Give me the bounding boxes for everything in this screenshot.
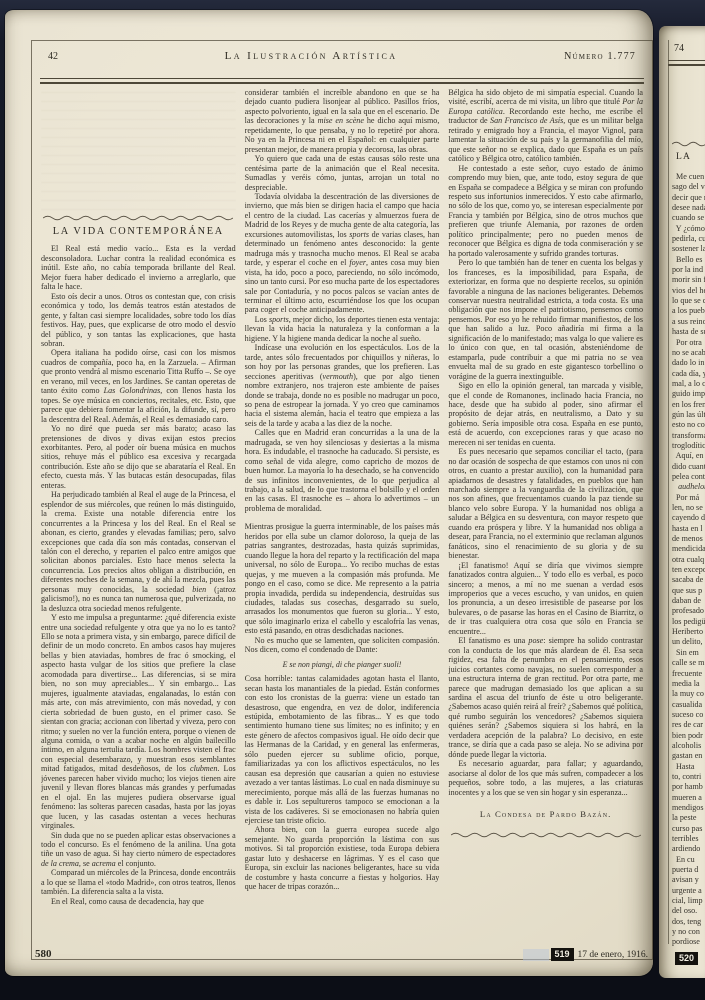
column-1: LA VIDA CONTEMPORÁNEA El Real está medio… — [41, 88, 236, 954]
paragraph: ¡El fanatismo! Aquí se diría que vivimos… — [448, 561, 643, 637]
text-fragment: que sus p — [672, 586, 705, 596]
text-fragment: mendicida — [672, 544, 705, 554]
text-fragment: frecuente — [672, 669, 705, 679]
paragraph: Ahora bien, con la guerra europea sucede… — [245, 825, 440, 891]
text-fragment: hasta en l — [672, 524, 705, 534]
scanned-spread: 42 La Ilustración Artística Número 1.777… — [0, 0, 705, 1000]
text-fragment: En cu — [672, 855, 705, 865]
column-3: Bélgica ha sido objeto de mi simpatía es… — [448, 88, 643, 954]
text-fragment: a los pueb — [672, 306, 705, 316]
text-fragment: mal, a lo c — [672, 379, 705, 389]
text-fragment: len, no se — [672, 503, 705, 513]
paragraph: Es pues necesario que sepamos conciliar … — [448, 447, 643, 560]
paragraph: Mientras prosigue la guerra interminable… — [245, 522, 440, 635]
text-fragment: ardiendo — [672, 844, 705, 854]
text-fragment: gastan en — [672, 751, 705, 761]
next-page-folio: 74 — [674, 43, 684, 54]
text-fragment: suceso co — [672, 710, 705, 720]
text-fragment: ten excepc — [672, 565, 705, 575]
text-fragment: terribles — [672, 834, 705, 844]
text-fragment: la muy co — [672, 689, 705, 699]
footer-right-group: 519 17 de enero, 1916. — [523, 948, 648, 961]
text-fragment: res de car — [672, 720, 705, 730]
text-fragment: puerta d — [672, 865, 705, 875]
text-fragment: to, contri — [672, 772, 705, 782]
text-fragment: a sus reino — [672, 317, 705, 327]
text-columns: LA VIDA CONTEMPORÁNEA El Real está medio… — [41, 88, 643, 954]
text-fragment: hasta de su — [672, 327, 705, 337]
text-fragment: dido cuant — [672, 462, 705, 472]
paragraph: considerar también el increíble abandono… — [245, 88, 440, 154]
text-fragment: la peste — [672, 813, 705, 823]
scan-highlight — [523, 949, 549, 961]
column-2-body-a: considerar también el increíble abandono… — [245, 88, 440, 513]
folio-bottom-left: 580 — [35, 948, 52, 960]
text-fragment: en los fren — [672, 400, 705, 410]
text-fragment: vios del he — [672, 286, 705, 296]
text-fragment: troglodític — [672, 441, 705, 451]
text-fragment: bien podr — [672, 731, 705, 741]
text-fragment: pordiose — [672, 937, 705, 947]
paragraph: Los sports, mejor dicho, los deportes ti… — [245, 315, 440, 343]
paragraph: Sin duda que no se pueden aplicar estas … — [41, 831, 236, 869]
next-page-wavy-rule — [672, 141, 705, 147]
text-fragment: guido impe — [672, 389, 705, 399]
text-fragment: cayendo d — [672, 513, 705, 523]
paragraph: Calles que en Madrid eran concurridas a … — [245, 428, 440, 513]
paragraph: Y esto me impulsa a preguntarme: ¿qué di… — [41, 613, 236, 830]
text-fragment: lo que se q — [672, 296, 705, 306]
text-fragment: Aquí, en — [672, 451, 705, 461]
paragraph: Yo no diré que pueda ser más barato; aca… — [41, 424, 236, 490]
next-archive-page-badge: 520 — [675, 952, 698, 965]
text-fragment: Bello es — [672, 255, 705, 265]
article-end-rule — [451, 832, 641, 838]
paragraph: Pero lo que también han de tener en cuen… — [448, 258, 643, 381]
next-page-text-fragments: Me cuensago del vdecir que ndesee nadacu… — [672, 172, 705, 948]
paragraph: Es necesario aguardar, para fallar; y ag… — [448, 759, 643, 797]
paragraph: Sigo en ello la opinión general, tan mar… — [448, 381, 643, 447]
text-fragment: desee nada — [672, 203, 705, 213]
text-fragment: y no con — [672, 927, 705, 937]
text-fragment: casualida — [672, 700, 705, 710]
issue-number: Número 1.777 — [564, 51, 636, 62]
page-frame: 42 La Ilustración Artística Número 1.777… — [31, 40, 653, 960]
text-fragment: transforma — [672, 431, 705, 441]
paragraph: Opera italiana ha podido oírse, casi con… — [41, 348, 236, 424]
text-fragment: otra cualq — [672, 555, 705, 565]
column-2: considerar también el increíble abandono… — [245, 88, 440, 954]
text-fragment: del oso. — [672, 906, 705, 916]
text-fragment: cada día, y — [672, 369, 705, 379]
text-fragment: sacaba de — [672, 575, 705, 585]
folio-top-left: 42 — [48, 51, 58, 62]
text-fragment: calle se m — [672, 658, 705, 668]
text-fragment: cial, limp — [672, 896, 705, 906]
text-fragment: Sin em — [672, 648, 705, 658]
archive-page-badge: 519 — [551, 948, 574, 961]
text-fragment: alcoholis — [672, 741, 705, 751]
text-fragment: daban de — [672, 596, 705, 606]
paragraph: El fanatismo es una pose: siempre ha sol… — [448, 636, 643, 759]
wavy-rule — [43, 215, 233, 221]
text-fragment: no se acab — [672, 348, 705, 358]
text-fragment: por la ind — [672, 265, 705, 275]
next-page-double-rule — [668, 60, 705, 66]
header-double-rule — [40, 78, 644, 84]
text-fragment: Por má — [672, 493, 705, 503]
paragraph: No es mucho que se lamenten, que solicit… — [245, 636, 440, 655]
text-fragment: de menos — [672, 534, 705, 544]
text-fragment: cuando se — [672, 213, 705, 223]
text-fragment: por hamb — [672, 782, 705, 792]
text-fragment: esto no co — [672, 420, 705, 430]
text-fragment: sago del v — [672, 182, 705, 192]
masthead-title: La Ilustración Artística — [225, 50, 398, 62]
author-signature: La Condesa de Pardo Bazán. — [452, 810, 639, 819]
magazine-page: 42 La Ilustración Artística Número 1.777… — [5, 10, 653, 976]
text-fragment: Heriberto — [672, 627, 705, 637]
text-fragment: profesado — [672, 606, 705, 616]
text-fragment: los pedigü — [672, 617, 705, 627]
text-fragment: Hasta — [672, 762, 705, 772]
column-3-body: Bélgica ha sido objeto de mi simpatía es… — [448, 88, 643, 797]
next-page-frame-line — [668, 40, 669, 944]
article-title: LA VIDA CONTEMPORÁNEA — [41, 227, 236, 236]
text-fragment: pelea cont — [672, 472, 705, 482]
paragraph: Comparad un miércoles de la Princesa, do… — [41, 868, 236, 896]
text-fragment: avisan y — [672, 875, 705, 885]
dante-verse: E se non piangi, di che pianger suoli! — [245, 660, 440, 669]
paragraph: Cosa horrible: tantas calamidades agotan… — [245, 674, 440, 825]
paragraph: Todavía olvidaba la descentración de las… — [245, 192, 440, 315]
paragraph: He contestado a este señor, cuyo estado … — [448, 164, 643, 259]
text-fragment: Me cuen — [672, 172, 705, 182]
text-fragment: mendigos — [672, 803, 705, 813]
text-fragment: sostener la — [672, 244, 705, 254]
text-fragment: dado lo in — [672, 358, 705, 368]
next-article-title-fragment: LA — [676, 152, 691, 162]
paragraph: Esto oís decir a unos. Otros os contesta… — [41, 292, 236, 349]
text-fragment: morir sin f — [672, 275, 705, 285]
column-1-body: El Real está medio vacío... Esta es la v… — [41, 244, 236, 906]
text-fragment: decir que n — [672, 193, 705, 203]
text-fragment: media la — [672, 679, 705, 689]
paragraph: Yo quiero que cada una de estas causas s… — [245, 154, 440, 192]
text-fragment: pedirla, cu — [672, 234, 705, 244]
paragraph: El Real está medio vacío... Esta es la v… — [41, 244, 236, 291]
text-fragment: Por otra — [672, 338, 705, 348]
footer-date: 17 de enero, 1916. — [578, 950, 648, 960]
ink-showthrough — [41, 88, 236, 210]
paragraph: En el Real, como causa de decadencia, ha… — [41, 897, 236, 906]
text-fragment: dos, teng — [672, 917, 705, 927]
column-2-body-b: Mientras prosigue la guerra interminable… — [245, 522, 440, 654]
text-fragment: gún las últ — [672, 410, 705, 420]
running-head: 42 La Ilustración Artística Número 1.777 — [32, 50, 652, 62]
text-fragment: mueren a — [672, 793, 705, 803]
text-fragment: un delito, — [672, 637, 705, 647]
text-fragment: urgente a — [672, 886, 705, 896]
paragraph: Ha perjudicado también al Real el auge d… — [41, 490, 236, 613]
column-2-body-c: Cosa horrible: tantas calamidades agotan… — [245, 674, 440, 891]
next-page-sliver: 74 LA Me cuensago del vdecir que ndesee … — [659, 26, 705, 978]
text-fragment: Y ¿cómo — [672, 224, 705, 234]
paragraph: Indícase una evolución en los espectácul… — [245, 343, 440, 428]
paragraph: Bélgica ha sido objeto de mi simpatía es… — [448, 88, 643, 164]
text-fragment: audhelone — [672, 482, 705, 492]
text-fragment: curso pas — [672, 824, 705, 834]
